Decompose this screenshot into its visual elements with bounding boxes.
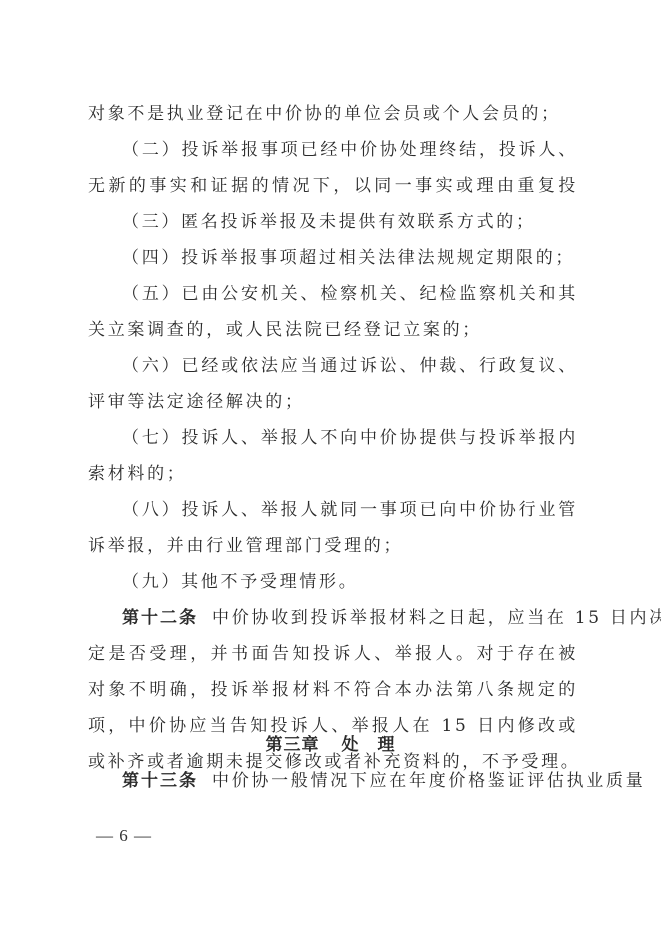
page-number: — 6 — [96, 826, 152, 846]
clause-5-line-2: 关立案调查的，或人民法院已经登记立案的； [88, 320, 578, 340]
clause-9: （九）其他不予受理情形。 [122, 572, 578, 592]
article-12-line-3: 对象不明确，投诉举报材料不符合本办法第八条规定的投诉举报事 [88, 680, 578, 700]
clause-5-line-1: （五）已由公安机关、检察机关、纪检监察机关和其他行政机 [122, 284, 578, 304]
article-13-text: 中价协一般情况下应在年度价格鉴证评估执业质量 [212, 771, 645, 791]
article-12-text: 中价协收到投诉举报材料之日起，应当在 15 日内决 [212, 608, 661, 628]
clause-6-line-1: （六）已经或依法应当通过诉讼、仲裁、行政复议、专业技术 [122, 356, 578, 376]
article-13-first-line: 第十三条中价协一般情况下应在年度价格鉴证评估执业质量 [122, 771, 578, 791]
article-12-line-2: 定是否受理，并书面告知投诉人、举报人。对于存在被投诉、被举报 [88, 644, 578, 664]
clause-7-line-2: 索材料的； [88, 464, 578, 484]
clause-8-line-2: 诉举报，并由行业管理部门受理的； [88, 536, 578, 556]
clause-4: （四）投诉举报事项超过相关法律法规规定期限的； [122, 248, 578, 268]
clause-7-line-1: （七）投诉人、举报人不向中价协提供与投诉举报内容相关线 [122, 428, 578, 448]
clause-3: （三）匿名投诉举报及未提供有效联系方式的； [122, 212, 578, 232]
clause-6-line-2: 评审等法定途径解决的； [88, 392, 578, 412]
article-13-label: 第十三条 [122, 771, 198, 791]
clause-2-line-2: 无新的事实和证据的情况下，以同一事实或理由重复投诉举报的； [88, 176, 578, 196]
text-line: 对象不是执业登记在中价协的单位会员或个人会员的； [88, 104, 578, 124]
chapter-title: 处 理 [342, 735, 396, 755]
clause-2-line-1: （二）投诉举报事项已经中价协处理终结，投诉人、举报人在 [122, 140, 578, 160]
document-page: 对象不是执业登记在中价协的单位会员或个人会员的； （二）投诉举报事项已经中价协处… [0, 0, 661, 935]
clause-8-line-1: （八）投诉人、举报人就同一事项已向中价协行业管理部门投 [122, 500, 578, 520]
article-12-first-line: 第十二条中价协收到投诉举报材料之日起，应当在 15 日内决 [122, 608, 578, 628]
chapter-heading: 第三章处 理 [0, 735, 661, 755]
chapter-number: 第三章 [266, 735, 320, 755]
article-12-line-5: 或补齐或者逾期未提交修改或者补充资料的，不予受理。 [88, 752, 578, 772]
article-12-line-4: 项，中价协应当告知投诉人、举报人在 15 日内修改或补齐。无法修改 [88, 716, 578, 736]
article-12-label: 第十二条 [122, 608, 198, 628]
